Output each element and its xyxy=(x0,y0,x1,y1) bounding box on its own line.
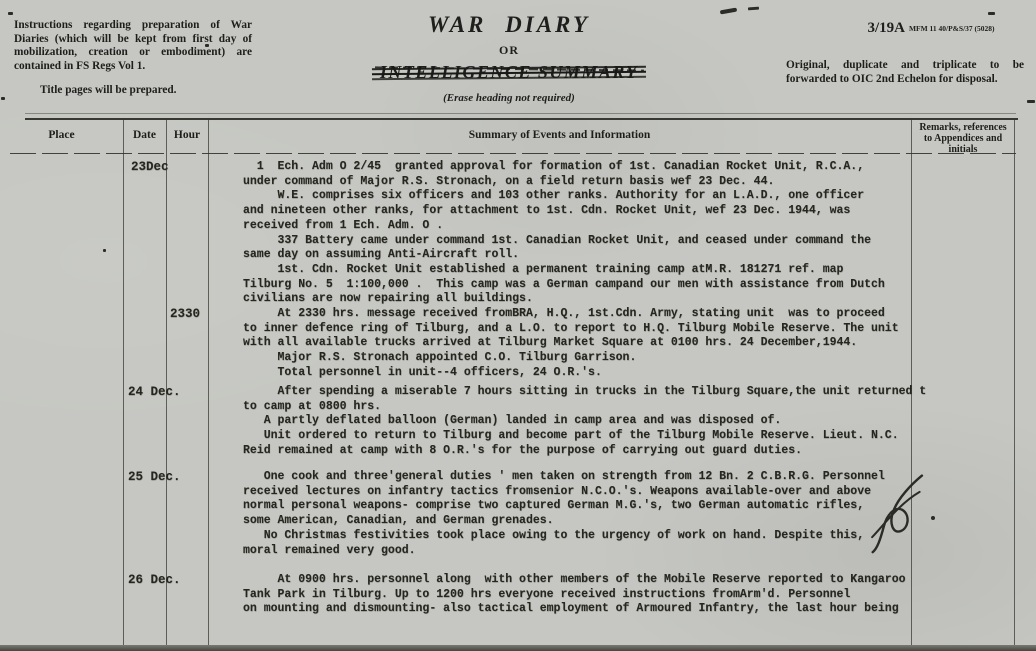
ink-speck xyxy=(988,12,995,15)
table-top-rule xyxy=(25,118,1018,120)
form-title-or: OR xyxy=(358,43,660,58)
ink-speck xyxy=(720,8,737,15)
table-header-rule xyxy=(10,153,1016,154)
entry-hour-2330: 2330 xyxy=(170,307,200,321)
ink-speck xyxy=(8,12,13,15)
scan-bottom-edge xyxy=(0,645,1036,651)
instructions-text: Instructions regarding preparation of Wa… xyxy=(14,19,252,73)
ink-speck xyxy=(103,249,106,252)
column-divider-place-date xyxy=(123,119,124,645)
column-header-remarks: Remarks, references to Appendices and in… xyxy=(913,122,1013,155)
header-title-block: WAR DIARY OR INTELLIGENCE SUMMARY (Erase… xyxy=(358,12,660,104)
header-instructions: Instructions regarding preparation of Wa… xyxy=(14,19,252,98)
form-title-alt-struck: INTELLIGENCE SUMMARY xyxy=(380,62,638,83)
table-top-rule-faint xyxy=(25,113,1016,114)
column-header-place: Place xyxy=(0,129,123,141)
ink-speck xyxy=(205,44,209,47)
entry-summary-24dec: After spending a miserable 7 hours sitti… xyxy=(243,385,963,459)
ink-speck xyxy=(1,97,5,100)
column-header-hour: Hour xyxy=(166,129,208,141)
entry-date-26dec: 26 Dec. xyxy=(128,573,181,587)
entry-summary-25dec: One cook and three'general duties ' men … xyxy=(243,470,963,558)
entry-date-25dec: 25 Dec. xyxy=(128,470,181,484)
handwritten-initials xyxy=(862,471,940,561)
column-divider-date-hour xyxy=(166,119,167,645)
column-header-date: Date xyxy=(123,129,166,141)
disposal-note: Original, duplicate and triplicate to be… xyxy=(786,59,1024,86)
form-ref-small: MFM 11 40/P&S/37 (5028) xyxy=(909,25,995,33)
title-pages-note: Title pages will be prepared. xyxy=(14,84,252,98)
ink-speck xyxy=(748,7,759,11)
erase-heading-note: (Erase heading not required) xyxy=(358,92,660,104)
entry-date-24dec: 24 Dec. xyxy=(128,385,181,399)
form-title: WAR DIARY xyxy=(358,12,660,38)
form-number: 3/19A xyxy=(867,20,905,36)
column-divider-hour-summary xyxy=(208,119,209,645)
ink-speck xyxy=(1027,100,1035,103)
entry-summary-26dec: At 0900 hrs. personnel along with other … xyxy=(243,573,963,617)
table-right-border xyxy=(1014,119,1015,645)
entry-date-23dec: 23Dec xyxy=(131,160,169,174)
war-diary-form-page: Instructions regarding preparation of Wa… xyxy=(0,0,1036,651)
form-number-line: 3/19AMFM 11 40/P&S/37 (5028) xyxy=(786,20,1024,37)
entry-summary-23dec: 1 Ech. Adm O 2/45 granted approval for f… xyxy=(243,160,963,381)
header-form-ref: 3/19AMFM 11 40/P&S/37 (5028) Original, d… xyxy=(786,20,1024,86)
column-header-summary: Summary of Events and Information xyxy=(208,129,911,141)
signature-period xyxy=(931,516,935,520)
